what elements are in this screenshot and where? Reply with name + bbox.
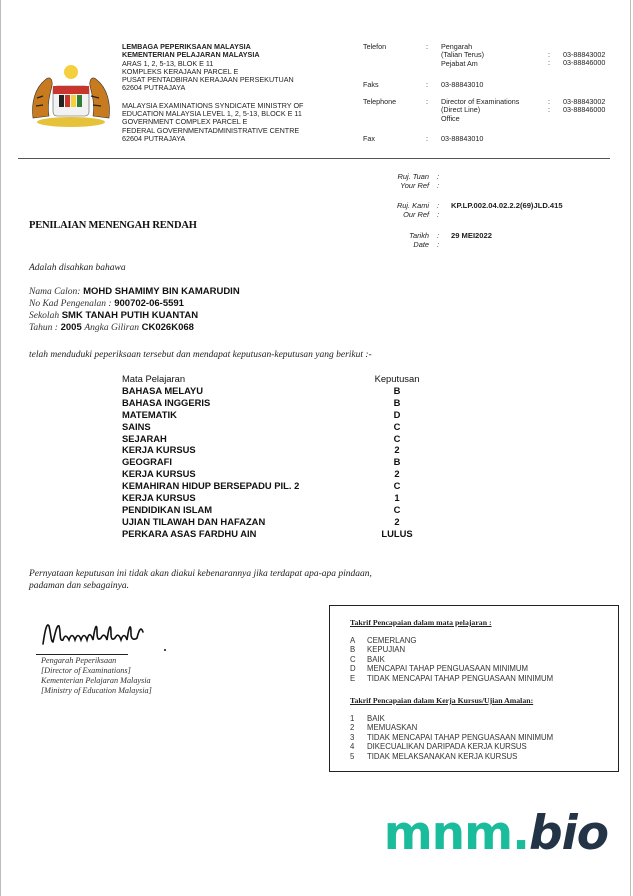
candidate-name: MOHD SHAMIMY BIN KAMARUDIN: [83, 286, 240, 297]
subject-legend-list: ACEMERLANGBKEPUJIANCBAIKDMENCAPAI TAHAP …: [350, 636, 553, 683]
ic-number: 900702-06-5591: [114, 298, 184, 309]
legend-item: CBAIK: [350, 655, 553, 664]
school-row: Sekolah SMK TANAH PUTIH KUANTAN: [29, 310, 240, 322]
legend-key: C: [350, 655, 367, 664]
colon: :: [437, 201, 439, 210]
legend-item: 3TIDAK MENCAPAI TAHAP PENGUASAAN MINIMUM: [350, 733, 553, 742]
contact-telefon-lines: Pengarah (Talian Terus) Pejabat Am: [441, 43, 484, 68]
legend-key: D: [350, 664, 367, 673]
disclaimer-note: Pernyataan keputusan ini tidak akan diak…: [29, 568, 372, 592]
legend-text: CEMERLANG: [367, 636, 416, 645]
subject-name: GEOGRAFI: [122, 456, 172, 468]
colon: :: [437, 181, 439, 190]
subject-grade: C: [362, 433, 432, 445]
legend-item: ACEMERLANG: [350, 636, 553, 645]
result-row: PERKARA ASAS FARDHU AINLULUS: [122, 528, 432, 540]
contact-telefon-label: Telefon: [363, 43, 386, 51]
col-subject: Mata Pelajaran: [122, 373, 185, 385]
signatory-line: [Director of Examinations]: [41, 666, 152, 676]
subject-grade: 1: [362, 492, 432, 504]
legend-text: MEMUASKAN: [367, 723, 417, 732]
watermark-logo: mnm.bio: [384, 806, 608, 861]
contact-telephone-numbers: 03-88843002 03-88846000: [563, 98, 605, 115]
grade-legend-box: Takrif Pencapaian dalam mata pelajaran :…: [329, 605, 619, 772]
subject-name: KERJA KURSUS: [122, 492, 196, 504]
legend-text: BAIK: [367, 714, 385, 723]
header-divider: [18, 158, 610, 159]
colon: :: [426, 81, 428, 89]
results-header: Mata Pelajaran Keputusan: [122, 373, 432, 385]
legend-text: TIDAK MENCAPAI TAHAP PENGUASAAN MINIMUM: [367, 733, 553, 742]
colon: :: [426, 43, 428, 51]
course-legend-list: 1BAIK2MEMUASKAN3TIDAK MENCAPAI TAHAP PEN…: [350, 714, 553, 761]
note-line: padaman dan sebagainya.: [29, 580, 372, 592]
legend-key: A: [350, 636, 367, 645]
legend-item: BKEPUJIAN: [350, 645, 553, 654]
phone-number: 03-88846000: [563, 59, 605, 67]
colon: :: [437, 210, 439, 219]
candidate-details: Nama Calon: MOHD SHAMIMY BIN KAMARUDIN N…: [29, 286, 240, 334]
legend-key: 5: [350, 752, 367, 761]
intro-text: Adalah disahkan bahawa: [29, 263, 126, 273]
results-table: Mata Pelajaran Keputusan BAHASA MELAYUBB…: [122, 373, 432, 540]
legend-item: 2MEMUASKAN: [350, 723, 553, 732]
signatory: Pengarah Peperiksaan [Director of Examin…: [41, 656, 152, 696]
contact-faks-label: Faks: [363, 81, 379, 89]
ruj-tuan-label: Ruj. Tuan: [379, 172, 429, 181]
colon: :: [426, 98, 428, 106]
address-line: 62604 PUTRAJAYA: [122, 84, 303, 92]
colon: :: [426, 135, 428, 143]
reference-block: Ruj. Tuan : Your Ref : Ruj. Kami : KP.LP…: [379, 172, 619, 252]
contact-line: Office: [441, 115, 519, 123]
subject-grade: 2: [362, 516, 432, 528]
subject-legend-heading: Takrif Pencapaian dalam mata pelajaran :: [350, 618, 492, 627]
result-row: KERJA KURSUS1: [122, 492, 432, 504]
legend-key: 1: [350, 714, 367, 723]
subject-name: SAINS: [122, 421, 151, 433]
organization-address: LEMBAGA PEPERIKSAAN MALAYSIA KEMENTERIAN…: [122, 43, 303, 143]
result-row: GEOGRAFIB: [122, 456, 432, 468]
index-label: Angka Giliran: [84, 323, 139, 333]
legend-text: TIDAK MELAKSANAKAN KERJA KURSUS: [367, 752, 517, 761]
watermark-part2: bio: [529, 806, 608, 861]
your-ref-label: Your Ref: [379, 181, 429, 190]
subject-grade: B: [362, 456, 432, 468]
contact-telephone-lines: Director of Examinations (Direct Line) O…: [441, 98, 519, 123]
contact-telefon-numbers: 03-88843002 03-88846000: [563, 51, 605, 68]
signature-icon: [39, 612, 179, 656]
statement-text: telah menduduki peperiksaan tersebut dan…: [29, 350, 372, 360]
result-row: PENDIDIKAN ISLAMC: [122, 504, 432, 516]
contact-fax-label: Fax: [363, 135, 375, 143]
subject-name: PENDIDIKAN ISLAM: [122, 504, 212, 516]
subject-name: MATEMATIK: [122, 409, 177, 421]
subject-grade: C: [362, 480, 432, 492]
subject-name: SEJARAH: [122, 433, 167, 445]
subject-grade: 2: [362, 468, 432, 480]
subject-grade: B: [362, 385, 432, 397]
result-row: UJIAN TILAWAH DAN HAFAZAN2: [122, 516, 432, 528]
legend-text: DIKECUALIKAN DARIPADA KERJA KURSUS: [367, 742, 527, 751]
our-ref-label: Our Ref: [379, 210, 429, 219]
result-row: KEMAHIRAN HIDUP BERSEPADU PIL. 2C: [122, 480, 432, 492]
legend-item: DMENCAPAI TAHAP PENGUASAAN MINIMUM: [350, 664, 553, 673]
subject-name: KERJA KURSUS: [122, 444, 196, 456]
watermark-part1: mnm.: [384, 806, 529, 861]
legend-key: E: [350, 674, 367, 683]
legend-key: 3: [350, 733, 367, 742]
legend-item: ETIDAK MENCAPAI TAHAP PENGUASAAN MINIMUM: [350, 674, 553, 683]
contact-telephone-label: Telephone: [363, 98, 396, 106]
contact-fax-value: 03-88843010: [441, 135, 483, 143]
ic-row: No Kad Pengenalan : 900702-06-5591: [29, 298, 240, 310]
legend-text: BAIK: [367, 655, 385, 664]
colon: :: [437, 231, 439, 240]
legend-key: 2: [350, 723, 367, 732]
legend-text: KEPUJIAN: [367, 645, 405, 654]
year-value: 2005: [61, 322, 82, 333]
document-title: PENILAIAN MENENGAH RENDAH: [29, 220, 197, 231]
candidate-name-row: Nama Calon: MOHD SHAMIMY BIN KAMARUDIN: [29, 286, 240, 298]
result-row: BAHASA MELAYUB: [122, 385, 432, 397]
subject-grade: B: [362, 397, 432, 409]
result-row: SAINSC: [122, 421, 432, 433]
signature-line: [36, 654, 128, 655]
subject-name: BAHASA INGGERIS: [122, 397, 210, 409]
our-ref-value: KP.LP.002.04.02.2.2(69)JLD.415: [451, 201, 563, 210]
result-row: MATEMATIKD: [122, 409, 432, 421]
legend-item: 4DIKECUALIKAN DARIPADA KERJA KURSUS: [350, 742, 553, 751]
date-value: 29 MEI2022: [451, 231, 492, 240]
result-row: KERJA KURSUS2: [122, 468, 432, 480]
address-line: 62604 PUTRAJAYA: [122, 135, 303, 143]
legend-text: TIDAK MENCAPAI TAHAP PENGUASAAN MINIMUM: [367, 674, 553, 683]
colon: :: [437, 172, 439, 181]
colon: :: [437, 240, 439, 249]
contact-faks-value: 03-88843010: [441, 81, 483, 89]
result-row: KERJA KURSUS2: [122, 444, 432, 456]
date-label: Date: [379, 240, 429, 249]
legend-key: 4: [350, 742, 367, 751]
colon: ::: [548, 51, 550, 68]
col-result: Keputusan: [362, 373, 432, 385]
subject-grade: C: [362, 421, 432, 433]
subject-name: PERKARA ASAS FARDHU AIN: [122, 528, 256, 540]
index-number: CK026K068: [142, 322, 194, 333]
school-label: Sekolah: [29, 311, 59, 321]
legend-text: MENCAPAI TAHAP PENGUASAAN MINIMUM: [367, 664, 528, 673]
result-row: SEJARAHC: [122, 433, 432, 445]
signatory-line: Kementerian Pelajaran Malaysia: [41, 676, 152, 686]
result-row: BAHASA INGGERISB: [122, 397, 432, 409]
ruj-kami-label: Ruj. Kami: [379, 201, 429, 210]
phone-number: 03-88846000: [563, 106, 605, 114]
course-legend-heading: Takrif Pencapaian dalam Kerja Kursus/Uji…: [350, 696, 533, 705]
year-row: Tahun : 2005 Angka Giliran CK026K068: [29, 322, 240, 334]
subject-name: BAHASA MELAYU: [122, 385, 203, 397]
ic-label: No Kad Pengenalan :: [29, 299, 112, 309]
legend-item: 1BAIK: [350, 714, 553, 723]
legend-key: B: [350, 645, 367, 654]
signatory-line: Pengarah Peperiksaan: [41, 656, 152, 666]
subject-grade: C: [362, 504, 432, 516]
subject-name: UJIAN TILAWAH DAN HAFAZAN: [122, 516, 265, 528]
contact-line: Pejabat Am: [441, 60, 484, 68]
subject-grade: 2: [362, 444, 432, 456]
subject-name: KEMAHIRAN HIDUP BERSEPADU PIL. 2: [122, 480, 299, 492]
year-label: Tahun :: [29, 323, 58, 333]
candidate-name-label: Nama Calon:: [29, 287, 80, 297]
legend-item: 5TIDAK MELAKSANAKAN KERJA KURSUS: [350, 752, 553, 761]
colon: ::: [548, 98, 550, 115]
malaysia-coat-of-arms-icon: [25, 58, 117, 130]
subject-name: KERJA KURSUS: [122, 468, 196, 480]
subject-grade: LULUS: [362, 528, 432, 540]
subject-grade: D: [362, 409, 432, 421]
tarikh-label: Tarikh: [379, 231, 429, 240]
school-name: SMK TANAH PUTIH KUANTAN: [62, 310, 198, 321]
note-line: Pernyataan keputusan ini tidak akan diak…: [29, 568, 372, 580]
document-page: LEMBAGA PEPERIKSAAN MALAYSIA KEMENTERIAN…: [0, 0, 631, 896]
signatory-line: [Ministry of Education Malaysia]: [41, 686, 152, 696]
